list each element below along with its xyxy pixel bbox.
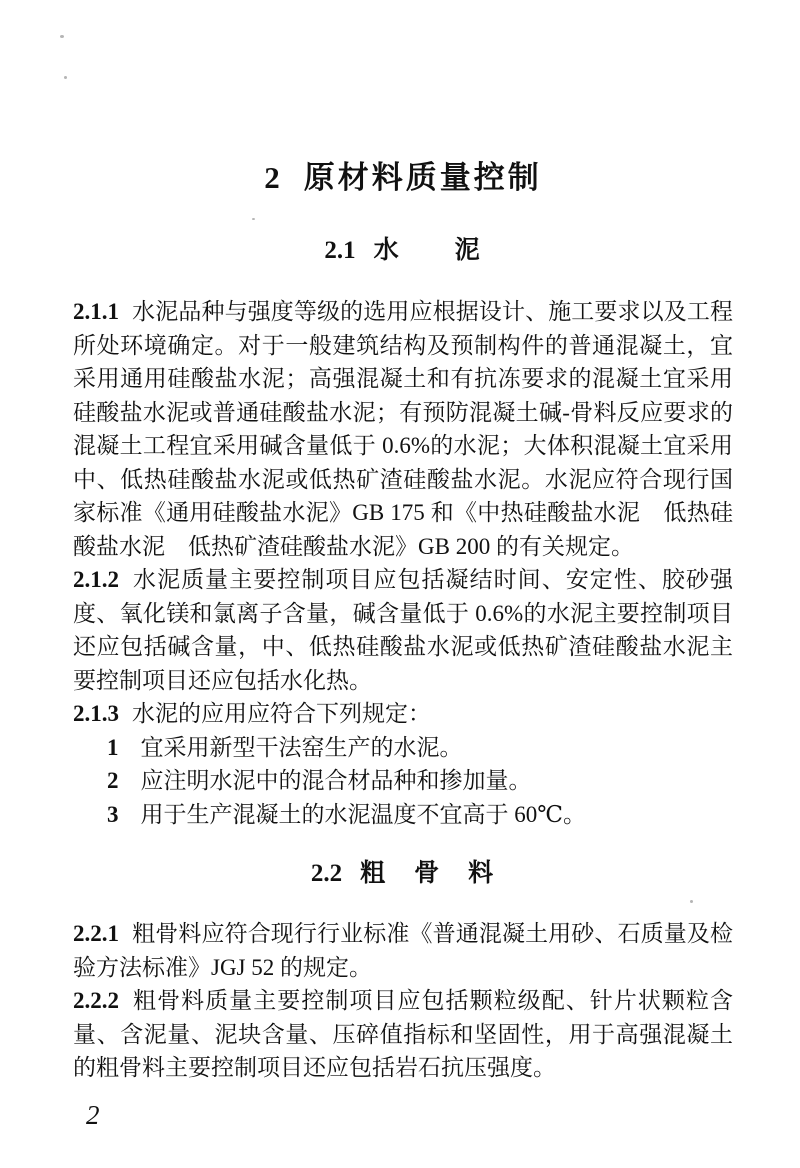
list-item-text: 宜采用新型干法窑生产的水泥。 <box>141 735 463 760</box>
paragraph-2-2-2: 2.2.2粗骨料质量主要控制项目应包括颗粒级配、针片状颗粒含量、含泥量、泥块含量… <box>73 984 733 1085</box>
page-number: 2 <box>86 1098 100 1132</box>
list-item-text: 应注明水泥中的混合材品种和掺加量。 <box>141 768 532 793</box>
list-item-text: 用于生产混凝土的水泥温度不宜高于 60℃。 <box>141 802 586 827</box>
list-item-number: 1 <box>107 735 119 760</box>
paragraph-text: 水泥品种与强度等级的选用应根据设计、施工要求以及工程所处环境确定。对于一般建筑结… <box>73 299 733 559</box>
paragraph-label: 2.1.2 <box>73 567 119 592</box>
paragraph-2-1-3: 2.1.3水泥的应用应符合下列规定： <box>73 697 733 731</box>
paragraph-label: 2.2.2 <box>73 988 119 1013</box>
paragraph-2-1-1: 2.1.1水泥品种与强度等级的选用应根据设计、施工要求以及工程所处环境确定。对于… <box>73 295 733 563</box>
paragraph-label: 2.1.1 <box>73 299 119 324</box>
section-title-text: 粗 骨 料 <box>360 860 495 887</box>
chapter-number: 2 <box>264 160 280 195</box>
paragraph-2-1-2: 2.1.2水泥质量主要控制项目应包括凝结时间、安定性、胶砂强度、氧化镁和氯离子含… <box>73 563 733 697</box>
scan-speck <box>64 76 67 79</box>
chapter-title: 2原材料质量控制 <box>73 156 733 200</box>
scanned-document-page: 2原材料质量控制 2.1水 泥 2.1.1水泥品种与强度等级的选用应根据设计、施… <box>0 0 800 1168</box>
section-number: 2.1 <box>324 237 355 264</box>
section-2-2-body: 2.2.1粗骨料应符合现行行业标准《普通混凝土用砂、石质量及检验方法标准》JGJ… <box>73 917 733 1085</box>
list-item-2: 2应注明水泥中的混合材品种和掺加量。 <box>107 764 733 798</box>
paragraph-text: 水泥质量主要控制项目应包括凝结时间、安定性、胶砂强度、氧化镁和氯离子含量，碱含量… <box>73 567 733 693</box>
paragraph-2-2-1: 2.2.1粗骨料应符合现行行业标准《普通混凝土用砂、石质量及检验方法标准》JGJ… <box>73 917 733 984</box>
list-item-number: 3 <box>107 802 119 827</box>
chapter-title-text: 原材料质量控制 <box>304 160 542 195</box>
section-2-1-body: 2.1.1水泥品种与强度等级的选用应根据设计、施工要求以及工程所处环境确定。对于… <box>73 295 733 831</box>
text-column: 2原材料质量控制 2.1水 泥 2.1.1水泥品种与强度等级的选用应根据设计、施… <box>73 0 733 1085</box>
paragraph-label: 2.2.1 <box>73 921 119 946</box>
paragraph-text: 水泥的应用应符合下列规定： <box>132 701 431 726</box>
list-item-3: 3用于生产混凝土的水泥温度不宜高于 60℃。 <box>107 798 733 832</box>
section-heading-2-1: 2.1水 泥 <box>73 234 733 268</box>
paragraph-text: 粗骨料应符合现行行业标准《普通混凝土用砂、石质量及检验方法标准》JGJ 52 的… <box>73 921 733 980</box>
list-item-number: 2 <box>107 768 119 793</box>
scan-speck <box>60 35 64 38</box>
section-number: 2.2 <box>311 860 342 887</box>
section-title-text: 水 泥 <box>374 237 482 264</box>
list-item-1: 1宜采用新型干法窑生产的水泥。 <box>107 731 733 765</box>
paragraph-label: 2.1.3 <box>73 701 119 726</box>
section-heading-2-2: 2.2粗 骨 料 <box>73 857 733 891</box>
paragraph-text: 粗骨料质量主要控制项目应包括颗粒级配、针片状颗粒含量、含泥量、泥块含量、压碎值指… <box>73 988 733 1080</box>
